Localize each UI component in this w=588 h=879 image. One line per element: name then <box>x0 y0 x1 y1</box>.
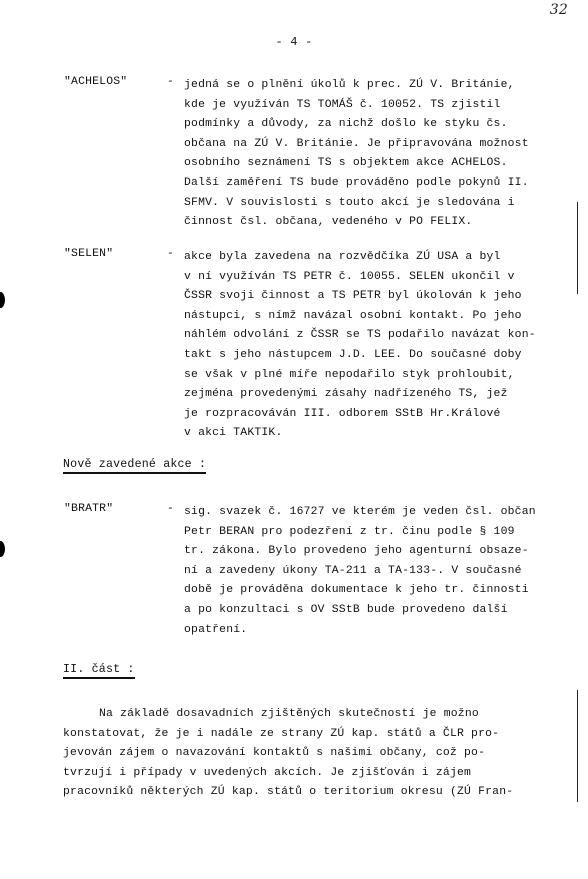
text-line: v akci TAKTIK. <box>184 424 584 444</box>
text-line: nástupci, s nímž navázal osobní kontakt.… <box>184 307 584 327</box>
section-two-paragraph: Na základě dosavadních zjištěných skuteč… <box>63 705 563 803</box>
entry-label: "SELEN" <box>64 248 113 260</box>
text-line: a po konzultaci s OV SStB bude provedeno… <box>184 601 584 621</box>
text-line: jedná se o plnění úkolů k prec. ZÚ V. Br… <box>184 76 584 96</box>
text-line: sig. svazek č. 16727 ve kterém je veden … <box>184 503 584 523</box>
text-line: takt s jeho nástupcem J.D. LEE. Do souča… <box>184 346 584 366</box>
entry-dash: - <box>167 248 174 260</box>
text-line: Další zaměření TS bude prováděno podle p… <box>184 174 584 194</box>
text-line: ČSSR svoji činnost a TS PETR byl úkolová… <box>184 287 584 307</box>
text-line: v ní využíván TS PETR č. 10055. SELEN uk… <box>184 268 584 288</box>
entry-label: "BRATR" <box>64 503 113 515</box>
section-heading-part-two: II. část : <box>63 663 135 679</box>
text-line: opatření. <box>184 621 584 641</box>
margin-rule <box>577 202 578 294</box>
punch-hole <box>0 292 5 308</box>
section-heading-new-actions: Nově zavedené akce : <box>63 458 206 474</box>
margin-rule <box>577 690 578 802</box>
text-line: SFMV. V souvislosti s touto akcí je sled… <box>184 194 584 214</box>
text-line: osobního seznámení TS s objektem akce AC… <box>184 154 584 174</box>
entry-body: akce byla zavedena na rozvědčíka ZÚ USA … <box>184 248 584 444</box>
text-line: konstatovat, že je i nadále ze strany ZÚ… <box>63 725 563 745</box>
text-line: tr. zákona. Bylo provedeno jeho agenturn… <box>184 542 584 562</box>
entry-label: "ACHELOS" <box>64 76 127 88</box>
text-line: Na základě dosavadních zjištěných skuteč… <box>63 705 563 725</box>
text-line: pracovníků některých ZÚ kap. států o ter… <box>63 783 563 803</box>
entry-body: jedná se o plnění úkolů k prec. ZÚ V. Br… <box>184 76 584 233</box>
entry-dash: - <box>167 76 174 88</box>
document-page: 32 - 4 - "ACHELOS" - jedná se o plnění ú… <box>0 0 588 879</box>
page-number: - 4 - <box>0 35 588 49</box>
text-line: ní a zavedeny úkony TA-211 a TA-133-. V … <box>184 562 584 582</box>
text-line: kde je využíván TS TOMÁŠ č. 10052. TS zj… <box>184 96 584 116</box>
text-line: je rozpracováván III. odborem SStB Hr.Kr… <box>184 405 584 425</box>
folio-number: 32 <box>550 2 568 18</box>
text-line: činnost čsl. občana, vedeného v PO FELIX… <box>184 213 584 233</box>
text-line: občana na ZÚ V. Británie. Je připravován… <box>184 135 584 155</box>
text-line: se však v plné míře nepodařilo styk proh… <box>184 366 584 386</box>
text-line: jevován zájem o navazování kontaktů s na… <box>63 744 563 764</box>
entry-body: sig. svazek č. 16727 ve kterém je veden … <box>184 503 584 640</box>
text-line: náhlém odvolání z ČSSR se TS podařilo na… <box>184 326 584 346</box>
punch-hole <box>0 541 5 557</box>
text-line: akce byla zavedena na rozvědčíka ZÚ USA … <box>184 248 584 268</box>
text-line: době je prováděna dokumentace k jeho tr.… <box>184 581 584 601</box>
text-line: podmínky a důvody, za nichž došlo ke sty… <box>184 115 584 135</box>
text-line: tvrzují i případy v uvedených akcích. Je… <box>63 764 563 784</box>
entry-dash: - <box>167 503 174 515</box>
text-line: Petr BERAN pro podezření z tr. činu podl… <box>184 523 584 543</box>
text-line: zejména provedenými zásahy nadřízeného T… <box>184 385 584 405</box>
